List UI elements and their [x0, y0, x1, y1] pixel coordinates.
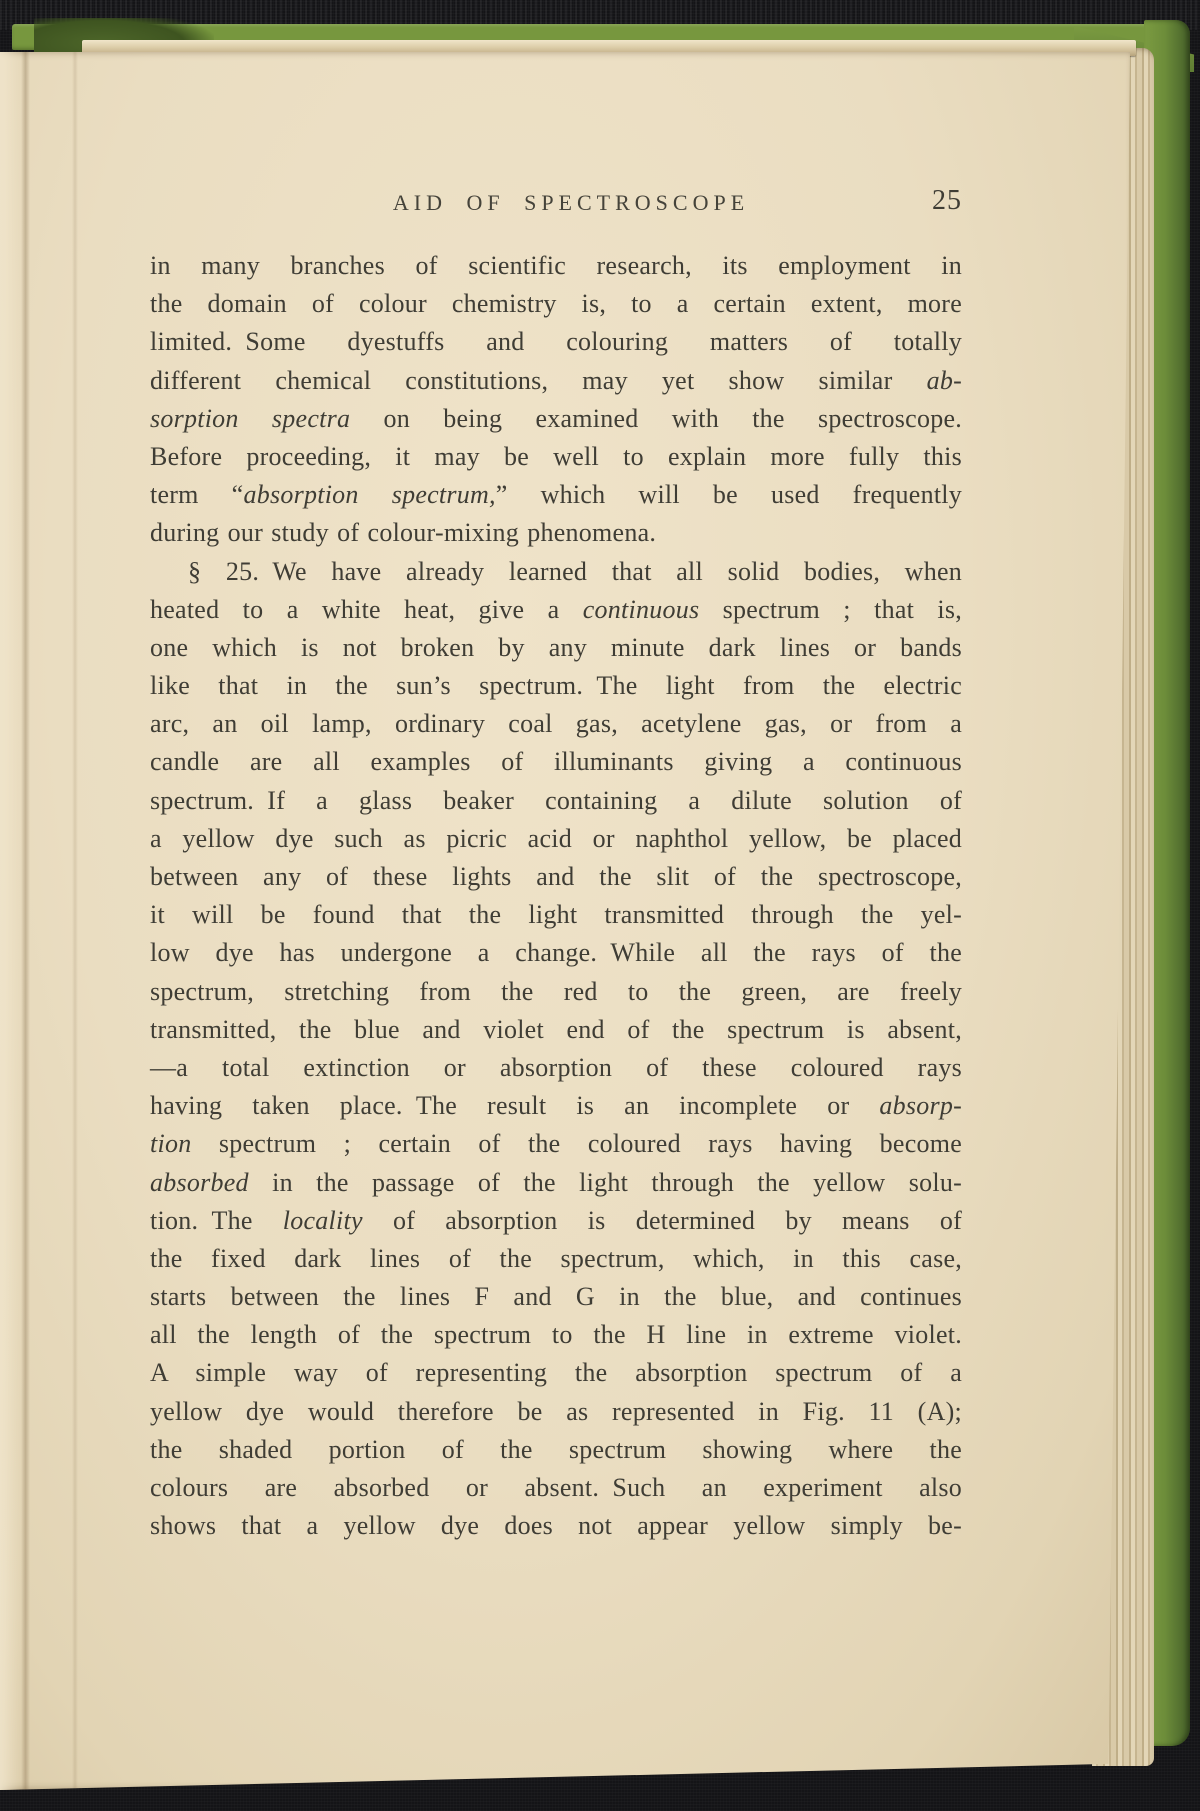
text-line: it will be found that the light transmit…	[150, 896, 962, 934]
text-line: the shaded portion of the spectrum showi…	[150, 1431, 962, 1469]
italic-text-segment: locality	[283, 1206, 363, 1235]
text-line: —a total extinction or absorption of the…	[150, 1049, 962, 1087]
text-line: a yellow dye such as picric acid or naph…	[150, 820, 962, 858]
text-segment: different chemical constitutions, may ye…	[150, 366, 927, 395]
page-number: 25	[932, 185, 962, 217]
text-segment: like that in the sun’s spectrum. The lig…	[150, 671, 962, 700]
book-page: AID OF SPECTROSCOPE 25 in many branches …	[0, 52, 1130, 1790]
text-line: § 25. We have already learned that all s…	[150, 553, 962, 591]
text-line: the fixed dark lines of the spectrum, wh…	[150, 1240, 962, 1278]
page-crease-faint	[72, 52, 78, 1790]
text-line: absorbed in the passage of the light thr…	[150, 1164, 962, 1202]
text-segment: having taken place. The result is an inc…	[150, 1091, 879, 1120]
text-line: shows that a yellow dye does not appear …	[150, 1507, 962, 1545]
text-line: spectrum. If a glass beaker containing a…	[150, 782, 962, 820]
text-line: arc, an oil lamp, ordinary coal gas, ace…	[150, 705, 962, 743]
text-line: between any of these lights and the slit…	[150, 858, 962, 896]
text-segment: one which is not broken by any minute da…	[150, 633, 962, 662]
text-segment: spectrum ; certain of the coloured rays …	[191, 1129, 962, 1158]
text-segment: ” which will be used frequently	[496, 480, 962, 509]
italic-text-segment: ab-	[927, 366, 962, 395]
text-segment: spectrum. If a glass beaker containing a…	[150, 786, 962, 815]
text-line: heated to a white heat, give a continuou…	[150, 591, 962, 629]
text-segment: shows that a yellow dye does not appear …	[150, 1511, 962, 1540]
text-line: term “absorption spectrum,” which will b…	[150, 476, 962, 514]
text-line: limited. Some dyestuffs and colouring ma…	[150, 323, 962, 361]
text-line: in many branches of scientific research,…	[150, 247, 962, 285]
page-left-edge-highlight	[0, 52, 20, 1790]
text-segment: yellow dye would therefore be as represe…	[150, 1397, 962, 1426]
text-line: like that in the sun’s spectrum. The lig…	[150, 667, 962, 705]
text-line: different chemical constitutions, may ye…	[150, 362, 962, 400]
text-line: transmitted, the blue and violet end of …	[150, 1011, 962, 1049]
body-text: in many branches of scientific research,…	[150, 247, 962, 1545]
text-segment: arc, an oil lamp, ordinary coal gas, ace…	[150, 709, 962, 738]
text-line: during our study of colour-mixing phenom…	[150, 514, 962, 552]
text-line: low dye has undergone a change. While al…	[150, 934, 962, 972]
text-segment: transmitted, the blue and violet end of …	[150, 1015, 962, 1044]
text-segment: the shaded portion of the spectrum showi…	[150, 1435, 962, 1464]
text-segment: the fixed dark lines of the spectrum, wh…	[150, 1244, 962, 1273]
text-segment: Before proceeding, it may be well to exp…	[150, 442, 962, 471]
text-segment: § 25. We have already learned that all s…	[188, 557, 962, 586]
text-line: sorption spectra on being examined with …	[150, 400, 962, 438]
text-segment: in the passage of the light through the …	[249, 1168, 962, 1197]
running-title: AID OF SPECTROSCOPE	[150, 190, 962, 216]
page-crease	[21, 52, 30, 1790]
text-line: tion spectrum ; certain of the coloured …	[150, 1125, 962, 1163]
text-line: Before proceeding, it may be well to exp…	[150, 438, 962, 476]
italic-text-segment: absorption spectrum,	[243, 480, 495, 509]
text-line: colours are absorbed or absent. Such an …	[150, 1469, 962, 1507]
text-segment: it will be found that the light transmit…	[150, 900, 962, 929]
text-line: candle are all examples of illuminants g…	[150, 743, 962, 781]
text-segment: in many branches of scientific research,…	[150, 251, 962, 280]
text-segment: between any of these lights and the slit…	[150, 862, 962, 891]
text-segment: limited. Some dyestuffs and colouring ma…	[150, 327, 962, 356]
text-segment: starts between the lines F and G in the …	[150, 1282, 962, 1311]
text-line: yellow dye would therefore be as represe…	[150, 1393, 962, 1431]
text-segment: heated to a white heat, give a	[150, 595, 583, 624]
italic-text-segment: absorp-	[879, 1091, 962, 1120]
italic-text-segment: sorption spectra	[150, 404, 350, 433]
text-segment: a yellow dye such as picric acid or naph…	[150, 824, 962, 853]
text-segment: A simple way of representing the absorpt…	[150, 1358, 962, 1387]
photo-background: AID OF SPECTROSCOPE 25 in many branches …	[0, 0, 1200, 1811]
text-line: starts between the lines F and G in the …	[150, 1278, 962, 1316]
text-segment: the domain of colour chemistry is, to a …	[150, 289, 962, 318]
text-line: tion. The locality of absorption is dete…	[150, 1202, 962, 1240]
text-line: spectrum, stretching from the red to the…	[150, 973, 962, 1011]
text-segment: spectrum, stretching from the red to the…	[150, 977, 962, 1006]
text-segment: tion. The	[150, 1206, 283, 1235]
text-line: having taken place. The result is an inc…	[150, 1087, 962, 1125]
text-line: one which is not broken by any minute da…	[150, 629, 962, 667]
text-line: A simple way of representing the absorpt…	[150, 1354, 962, 1392]
text-segment: spectrum ; that is,	[699, 595, 962, 624]
text-line: all the length of the spectrum to the H …	[150, 1316, 962, 1354]
text-segment: during our study of colour-mixing phenom…	[150, 518, 656, 547]
text-segment: of absorption is determined by means of	[363, 1206, 962, 1235]
text-segment: on being examined with the spectroscope.	[350, 404, 962, 433]
text-segment: candle are all examples of illuminants g…	[150, 747, 962, 776]
page-header: AID OF SPECTROSCOPE 25	[150, 190, 962, 230]
italic-text-segment: continuous	[583, 595, 700, 624]
text-segment: colours are absorbed or absent. Such an …	[150, 1473, 962, 1502]
text-line: the domain of colour chemistry is, to a …	[150, 285, 962, 323]
text-segment: term “	[150, 480, 243, 509]
text-segment: all the length of the spectrum to the H …	[150, 1320, 962, 1349]
italic-text-segment: absorbed	[150, 1168, 249, 1197]
text-segment: —a total extinction or absorption of the…	[150, 1053, 962, 1082]
text-segment: low dye has undergone a change. While al…	[150, 938, 962, 967]
italic-text-segment: tion	[150, 1129, 191, 1158]
